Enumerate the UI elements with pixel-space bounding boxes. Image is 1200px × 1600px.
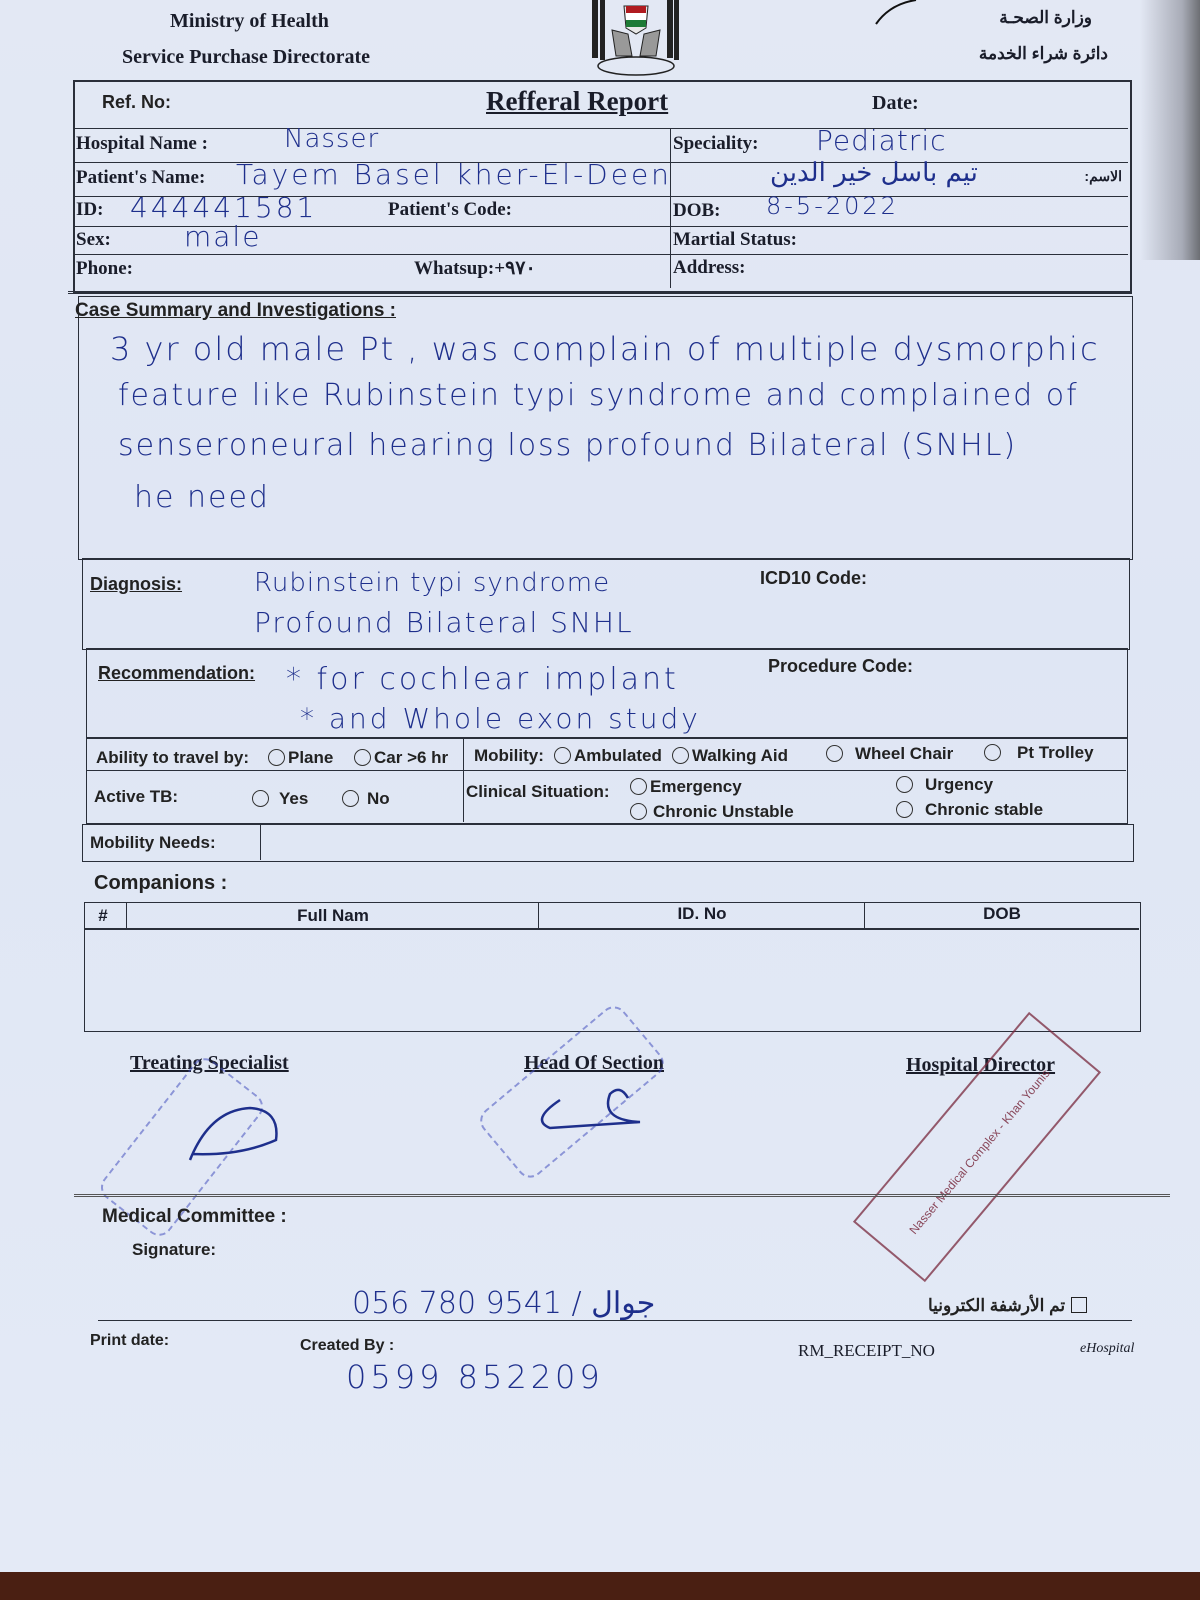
pen-mark-icon [870, 0, 930, 28]
clinical-situation-label: Clinical Situation: [466, 782, 610, 802]
procedure-code-label: Procedure Code: [768, 656, 913, 677]
radio-icon[interactable] [672, 747, 689, 764]
section-divider [74, 1194, 1170, 1197]
emblem-icon [588, 0, 684, 78]
column-header-number: # [88, 906, 118, 926]
divider [86, 770, 1126, 771]
radio-icon[interactable] [896, 776, 913, 793]
radio-icon[interactable] [630, 778, 647, 795]
org-ar-line1: وزارة الصحـة [999, 8, 1092, 28]
section-signature-icon [520, 1080, 660, 1145]
arabic-name-label: الاسم: [1084, 168, 1122, 185]
mobility-option-walking-aid[interactable]: Walking Aid [672, 746, 788, 766]
date-label: Date: [872, 92, 919, 115]
divider [73, 128, 1128, 129]
option-label: Chronic Unstable [653, 802, 794, 821]
column-header-full-name: Full Nam [128, 906, 538, 926]
clinical-option-chronic-stable[interactable]: Chronic stable [896, 800, 1043, 820]
option-label: Plane [288, 748, 333, 767]
radio-icon[interactable] [984, 744, 1001, 761]
recommendation-label: Recommendation: [98, 663, 255, 684]
case-summary-line-4[interactable]: he need [134, 480, 270, 515]
option-label: Urgency [925, 775, 993, 794]
clinical-option-chronic-unstable[interactable]: Chronic Unstable [630, 802, 794, 822]
handwritten-phone-1: 056 780 9541 / جوال [352, 1286, 655, 1321]
active-tb-label: Active TB: [94, 787, 178, 807]
mobility-option-wheel-chair[interactable]: Wheel Chair [826, 744, 953, 764]
option-label: Ambulated [574, 746, 662, 765]
org-en-line1: Ministry of Health [170, 10, 329, 33]
tb-option-no[interactable]: No [342, 789, 390, 809]
icd10-code-label: ICD10 Code: [760, 568, 867, 589]
option-label: Car >6 hr [374, 748, 448, 767]
receipt-no-label: RM_RECEIPT_NO [798, 1341, 935, 1361]
ref-no-label: Ref. No: [102, 92, 171, 113]
radio-icon[interactable] [896, 801, 913, 818]
divider [463, 738, 464, 822]
divider [73, 254, 1128, 255]
dob-value[interactable]: 8-5-2022 [766, 192, 899, 220]
id-label: ID: [76, 199, 103, 221]
org-ar-line2: دائرة شراء الخدمة [979, 44, 1108, 64]
patient-name-value[interactable]: Tayem Basel kher-El-Deen [236, 158, 672, 191]
patient-code-label: Patient's Code: [388, 199, 512, 221]
case-summary-label: Case Summary and Investigations : [75, 300, 396, 322]
specialist-signature-icon [180, 1100, 290, 1175]
hospital-name-value[interactable]: Nasser [284, 124, 379, 154]
mobility-option-ambulated[interactable]: Ambulated [554, 746, 662, 766]
travel-option-car[interactable]: Car >6 hr [354, 748, 448, 768]
travel-option-plane[interactable]: Plane [268, 748, 333, 768]
recommendation-line-1[interactable]: * for cochlear implant [286, 662, 679, 697]
option-label: Emergency [650, 777, 742, 796]
hospital-name-label: Hospital Name : [76, 133, 208, 155]
recommendation-line-2[interactable]: * and Whole exon study [300, 702, 701, 735]
referral-form-paper: Ministry of Health Service Purchase Dire… [0, 0, 1200, 1575]
radio-icon[interactable] [354, 749, 371, 766]
paper-fold-shadow [1140, 0, 1200, 260]
medical-committee-label: Medical Committee : [102, 1206, 287, 1228]
radio-icon[interactable] [342, 790, 359, 807]
print-date-label: Print date: [90, 1332, 169, 1350]
divider [98, 1320, 1132, 1321]
travel-label: Ability to travel by: [96, 748, 249, 768]
radio-icon[interactable] [630, 803, 647, 820]
phone-label: Phone: [76, 258, 133, 280]
mobility-needs-label: Mobility Needs: [90, 833, 216, 853]
table-surface [0, 1572, 1200, 1600]
section-divider [68, 291, 1132, 294]
option-label: No [367, 789, 390, 808]
page-title: Refferal Report [486, 86, 668, 117]
checkbox-icon[interactable] [1071, 1297, 1087, 1313]
sex-label: Sex: [76, 229, 111, 251]
radio-icon[interactable] [554, 747, 571, 764]
divider [126, 902, 127, 928]
archive-checkbox[interactable]: تم الأرشفة الكترونيا [928, 1296, 1087, 1316]
case-summary-line-1[interactable]: 3 yr old male Pt , was complain of multi… [110, 330, 1100, 368]
diagnosis-line-1[interactable]: Rubinstein typi syndrome [254, 568, 610, 598]
column-header-dob: DOB [866, 904, 1138, 924]
clinical-option-urgency[interactable]: Urgency [896, 775, 993, 795]
dob-label: DOB: [673, 200, 721, 222]
divider [864, 902, 865, 928]
mobility-option-pt-trolley[interactable]: Pt Trolley [984, 743, 1094, 763]
option-label: Walking Aid [692, 746, 788, 765]
companions-label: Companions : [94, 872, 227, 895]
marital-status-label: Martial Status: [673, 229, 797, 251]
org-en-line2: Service Purchase Directorate [122, 46, 370, 69]
option-label: Pt Trolley [1017, 743, 1094, 762]
archive-label: تم الأرشفة الكترونيا [928, 1296, 1065, 1315]
radio-icon[interactable] [268, 749, 285, 766]
tb-option-yes[interactable]: Yes [252, 789, 308, 809]
divider [670, 128, 671, 288]
option-label: Wheel Chair [855, 744, 953, 763]
hospital-stamp-icon: Nasser Medical Complex - Khan Younis [853, 1012, 1101, 1282]
case-summary-line-3[interactable]: senseroneural hearing loss profound Bila… [118, 428, 1017, 463]
patient-name-label: Patient's Name: [76, 167, 205, 189]
whatsapp-label: Whatsup:+٩٧٠ [414, 257, 536, 280]
radio-icon[interactable] [252, 790, 269, 807]
signature-label: Signature: [132, 1240, 216, 1260]
clinical-option-emergency[interactable]: Emergency [630, 777, 742, 797]
address-label: Address: [673, 257, 746, 279]
handwritten-phone-2: 0599 852209 [346, 1358, 604, 1396]
diagnosis-line-2[interactable]: Profound Bilateral SNHL [254, 606, 634, 639]
sex-value[interactable]: male [184, 220, 261, 253]
created-by-label: Created By : [300, 1337, 394, 1355]
speciality-value[interactable]: Pediatric [816, 124, 947, 157]
ehospital-logo-icon: eHospital [1080, 1332, 1134, 1358]
mobility-needs-field[interactable] [262, 826, 1128, 858]
divider [260, 824, 261, 860]
divider [538, 902, 539, 928]
speciality-label: Speciality: [673, 133, 759, 155]
stamp-text: Nasser Medical Complex - Khan Younis [891, 1048, 1069, 1256]
brand-text: eHospital [1080, 1341, 1134, 1356]
case-summary-line-2[interactable]: feature like Rubinstein typi syndrome an… [118, 378, 1079, 413]
column-header-id-no: ID. No [540, 904, 864, 924]
mobility-label: Mobility: [474, 746, 544, 766]
diagnosis-label: Diagnosis: [90, 574, 182, 595]
arabic-name-value[interactable]: تيم باسل خير الدين [770, 158, 978, 188]
option-label: Yes [279, 789, 308, 808]
option-label: Chronic stable [925, 800, 1043, 819]
radio-icon[interactable] [826, 745, 843, 762]
